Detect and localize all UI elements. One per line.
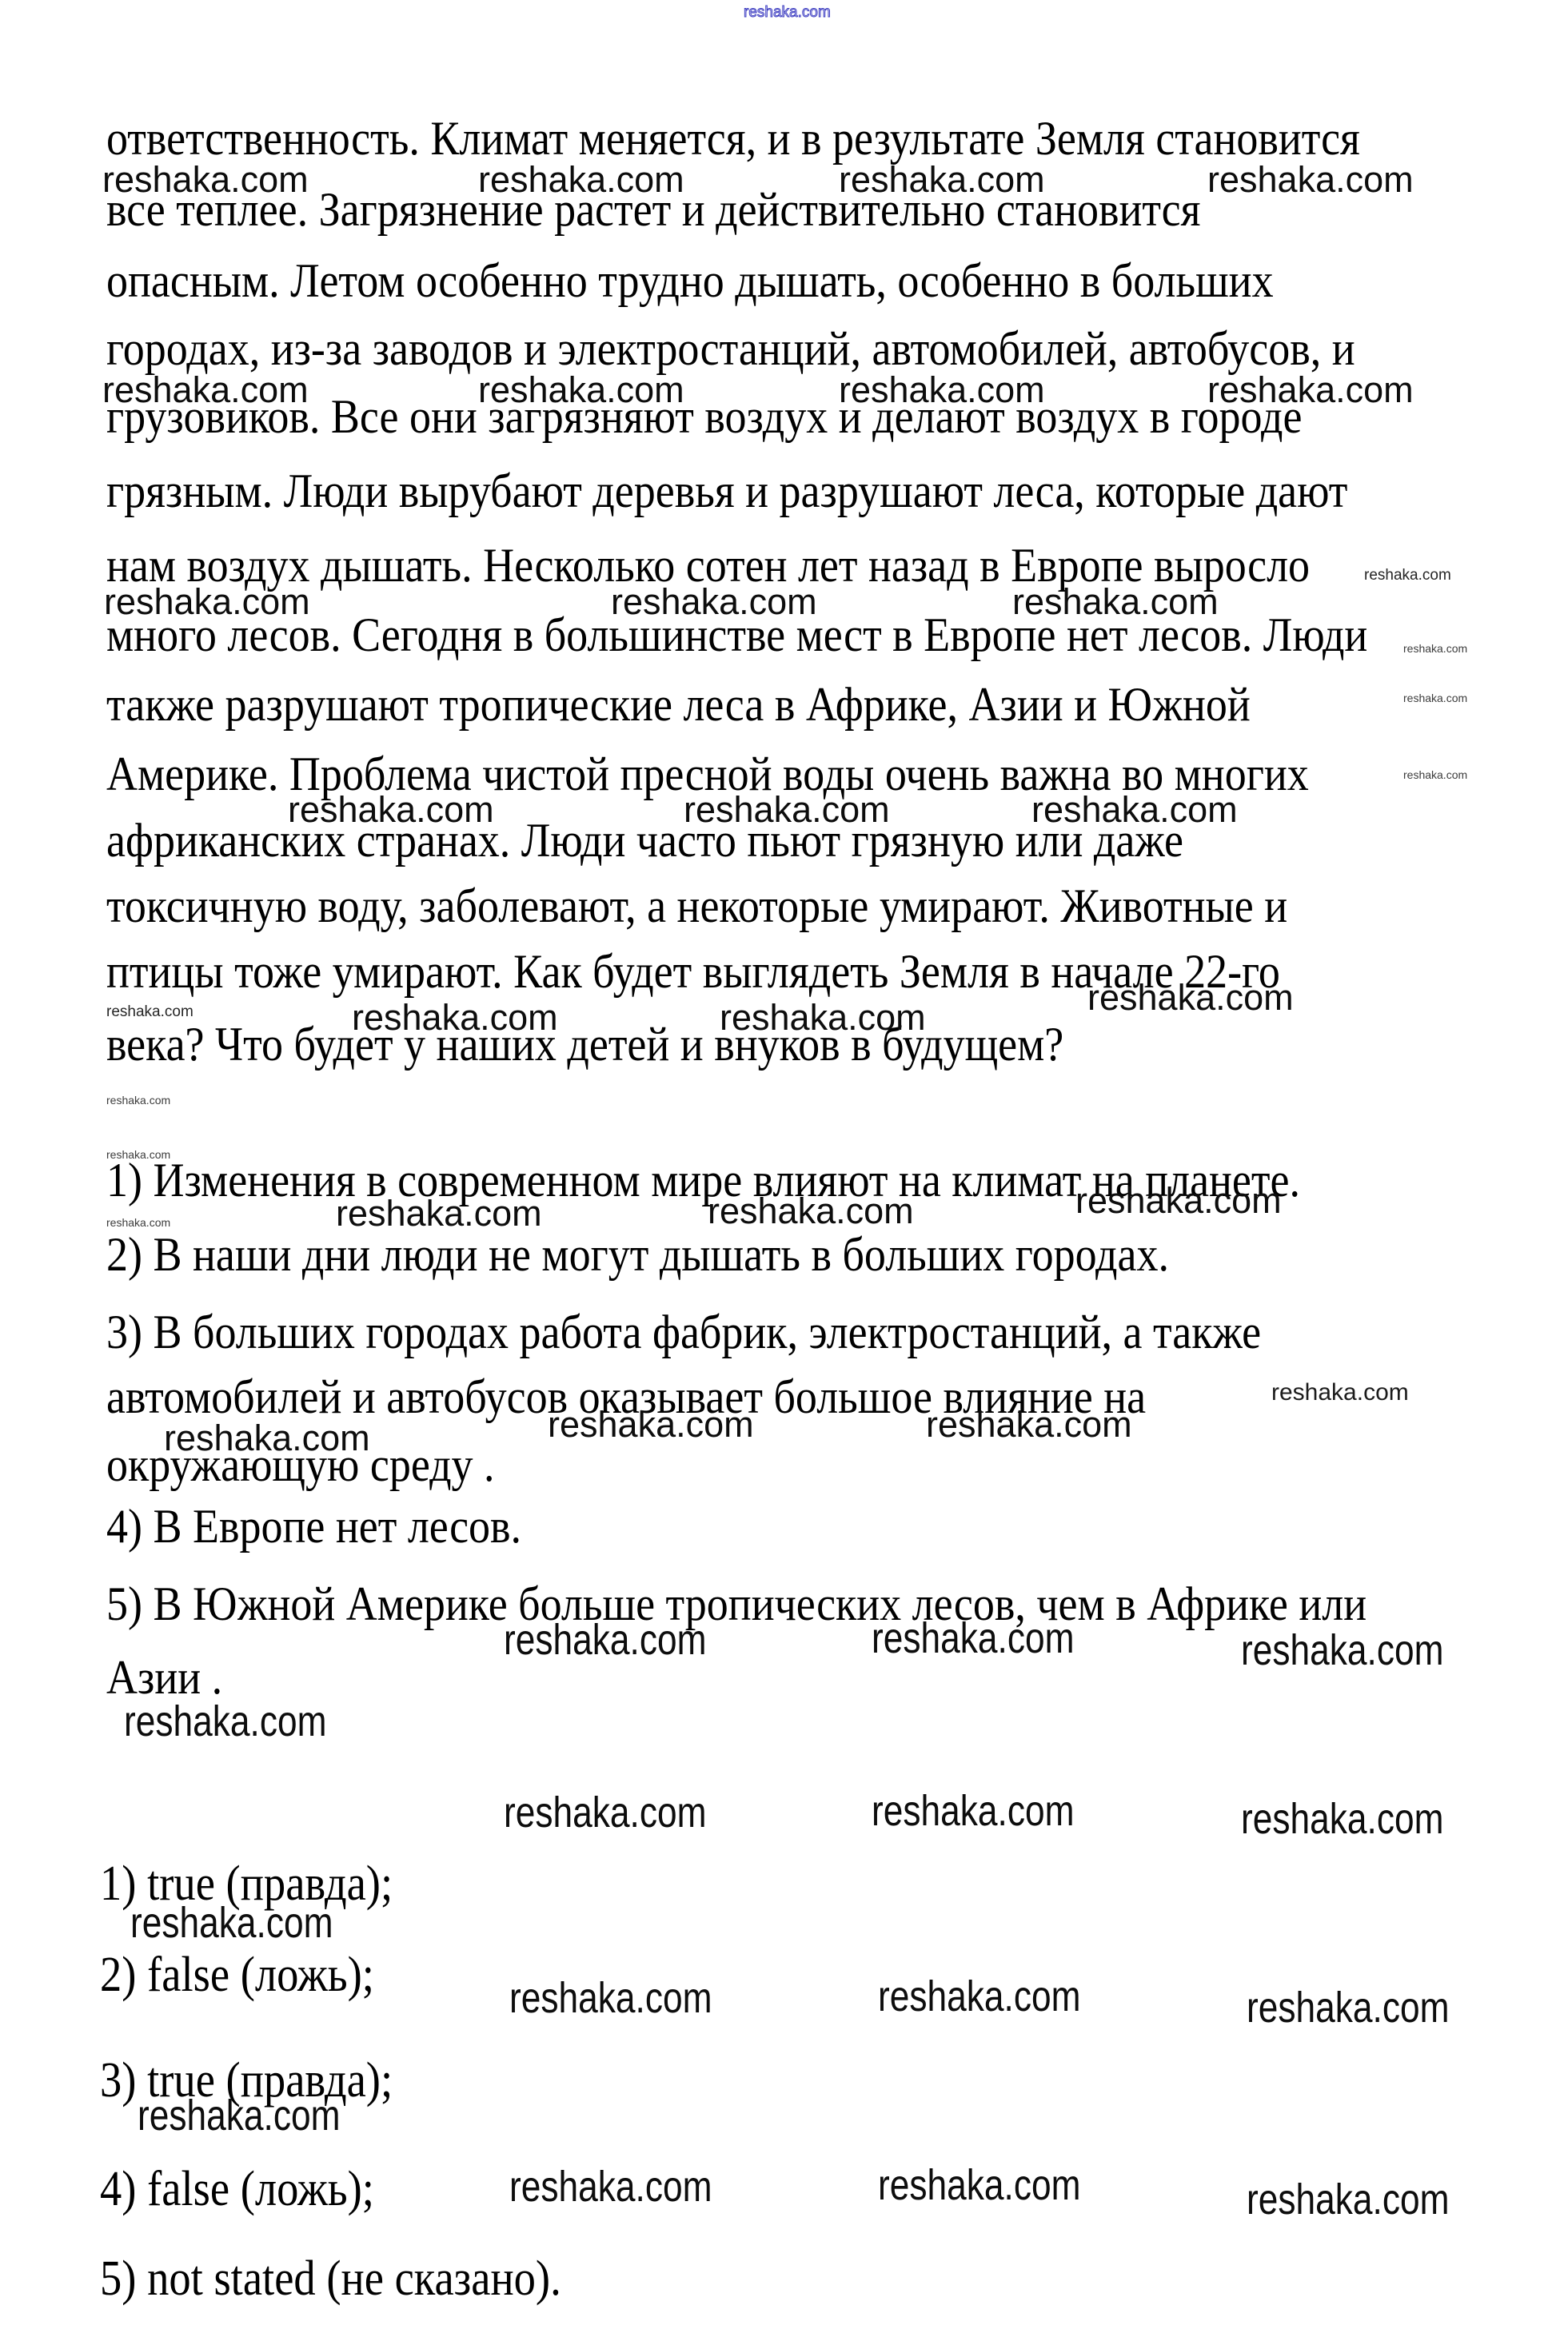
- watermark: reshaka.com: [878, 1975, 1080, 2018]
- watermark: reshaka.com: [509, 1976, 712, 2020]
- watermark: reshaka.com: [1087, 979, 1294, 1015]
- paragraph-line: токсичную воду, заболевают, а некоторые …: [106, 882, 1287, 930]
- watermark: reshaka.com: [102, 372, 309, 408]
- statement-line: 5) В Южной Америке больше тропических ле…: [106, 1580, 1367, 1628]
- watermark: reshaka.com: [1241, 1797, 1443, 1841]
- paragraph-line: ответственность. Климат меняется, и в ре…: [106, 114, 1360, 162]
- watermark: reshaka.com: [708, 1193, 914, 1229]
- watermark: reshaka.com: [106, 1095, 170, 1106]
- watermark: reshaka.com: [130, 1901, 333, 1944]
- watermark: reshaka.com: [1403, 769, 1467, 780]
- watermark: reshaka.com: [684, 792, 890, 828]
- watermark: reshaka.com: [124, 1700, 326, 1743]
- watermark: reshaka.com: [106, 1004, 194, 1019]
- document-page: reshaka.com ответственность. Климат меня…: [0, 0, 1568, 2349]
- watermark: reshaka.com: [1207, 372, 1414, 408]
- watermark: reshaka.com: [104, 584, 310, 620]
- watermark: reshaka.com: [1075, 1182, 1282, 1218]
- watermark: reshaka.com: [878, 2164, 1080, 2207]
- watermark: reshaka.com: [352, 999, 558, 1035]
- watermark: reshaka.com: [1364, 568, 1451, 583]
- watermark: reshaka.com: [336, 1195, 542, 1231]
- watermark: reshaka.com: [509, 2165, 712, 2208]
- watermark: reshaka.com: [1012, 584, 1219, 620]
- watermark: reshaka.com: [1207, 162, 1414, 197]
- paragraph-line: также разрушают тропические леса в Африк…: [106, 680, 1251, 728]
- watermark: reshaka.com: [1247, 1986, 1449, 2029]
- watermark: reshaka.com: [138, 2094, 340, 2137]
- watermark: reshaka.com: [504, 1791, 706, 1834]
- watermark: reshaka.com: [548, 1406, 754, 1442]
- watermark: reshaka.com: [1241, 1629, 1443, 1672]
- watermark: reshaka.com: [478, 372, 684, 408]
- answer-line: 5) not stated (не сказано).: [100, 2254, 561, 2303]
- statement-line: 4) В Европе нет лесов.: [106, 1502, 521, 1550]
- paragraph-line: городах, из-за заводов и электростанций,…: [106, 325, 1355, 373]
- watermark: reshaka.com: [1031, 792, 1238, 828]
- answer-line: 2) false (ложь);: [100, 1950, 374, 2000]
- watermark: reshaka.com: [872, 1789, 1074, 1833]
- watermark: reshaka.com: [926, 1406, 1132, 1442]
- statement-line: Азии .: [106, 1653, 222, 1701]
- watermark: reshaka.com: [872, 1617, 1074, 1660]
- watermark: reshaka.com: [102, 162, 309, 197]
- watermark-top: reshaka.com: [744, 5, 831, 20]
- answer-line: 4) false (ложь);: [100, 2164, 374, 2214]
- watermark: reshaka.com: [106, 1149, 170, 1160]
- paragraph-line: грязным. Люди вырубают деревья и разруша…: [106, 467, 1347, 515]
- watermark: reshaka.com: [839, 162, 1045, 197]
- statement-line: 2) В наши дни люди не могут дышать в бол…: [106, 1230, 1169, 1278]
- watermark: reshaka.com: [504, 1618, 706, 1661]
- watermark: reshaka.com: [1247, 2178, 1449, 2221]
- watermark: reshaka.com: [720, 999, 926, 1035]
- watermark: reshaka.com: [288, 792, 494, 828]
- paragraph-line: африканских странах. Люди часто пьют гря…: [106, 816, 1183, 864]
- watermark: reshaka.com: [106, 1217, 170, 1228]
- paragraph-line: опасным. Летом особенно трудно дышать, о…: [106, 257, 1274, 305]
- watermark: reshaka.com: [1403, 692, 1467, 704]
- watermark: reshaka.com: [478, 162, 684, 197]
- watermark: reshaka.com: [1271, 1381, 1409, 1405]
- watermark: reshaka.com: [1403, 643, 1467, 654]
- statement-line: 3) В больших городах работа фабрик, элек…: [106, 1308, 1261, 1356]
- watermark: reshaka.com: [839, 372, 1045, 408]
- watermark: reshaka.com: [611, 584, 817, 620]
- watermark: reshaka.com: [164, 1420, 370, 1456]
